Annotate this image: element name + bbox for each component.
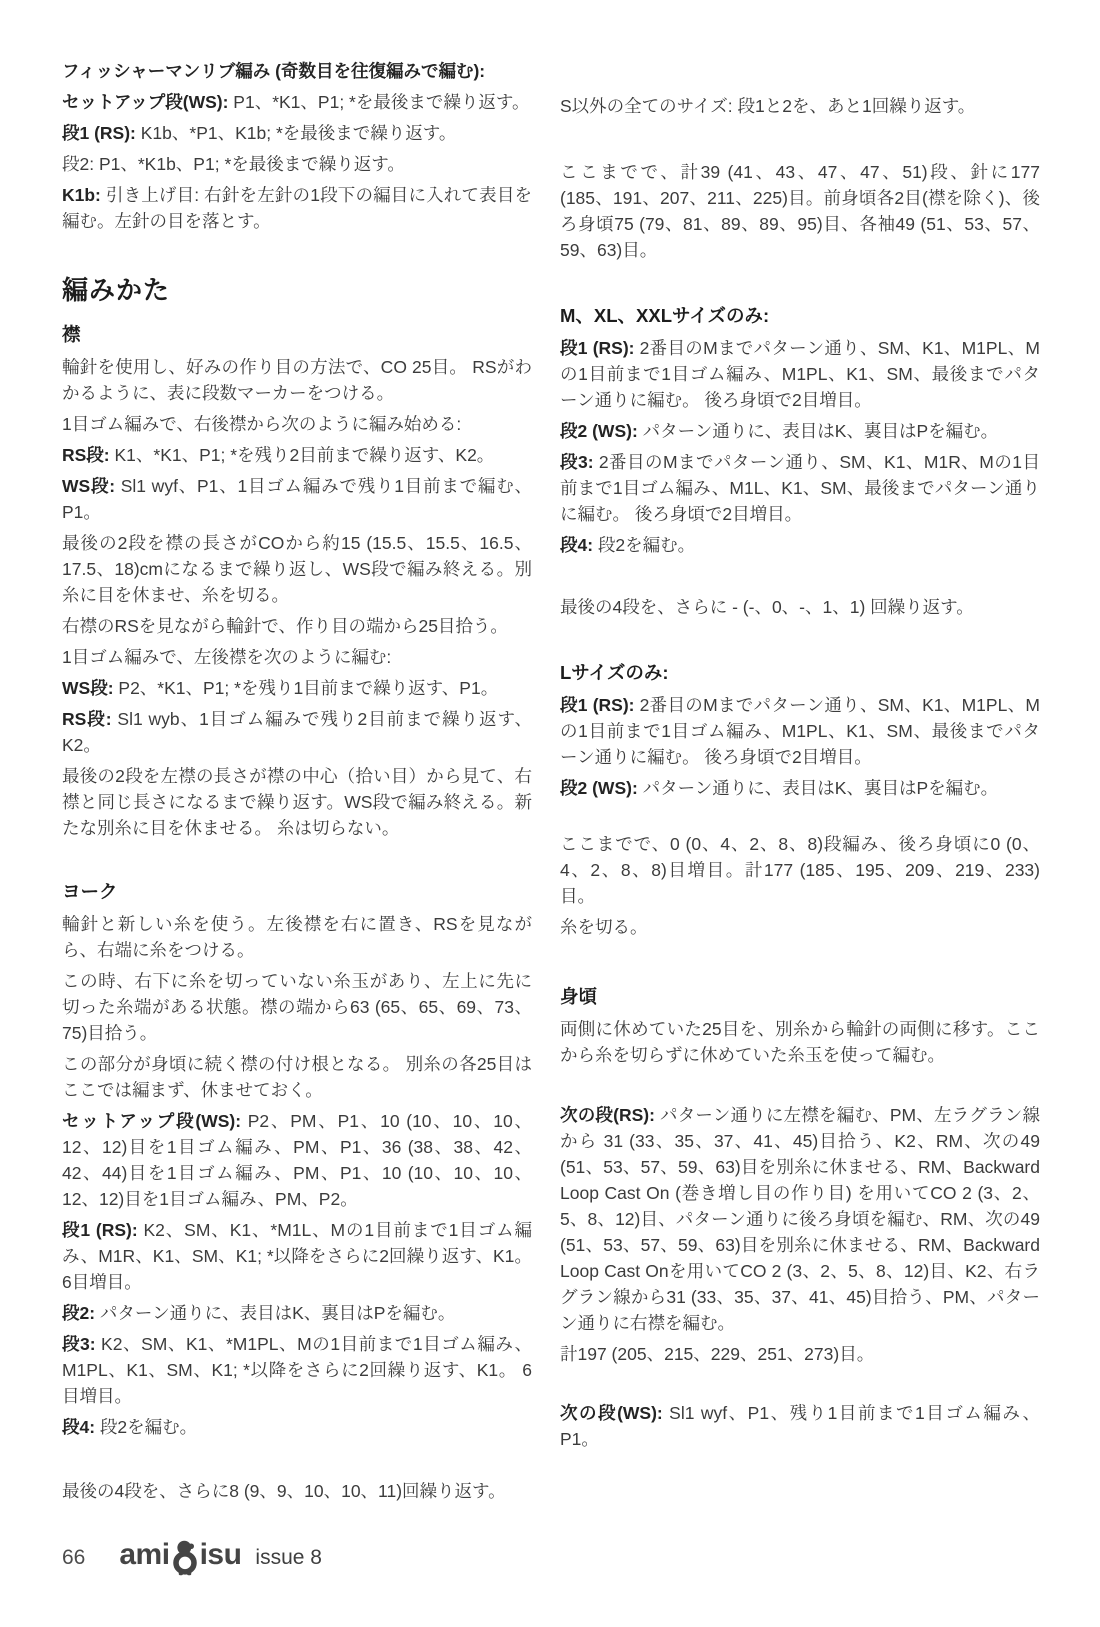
- paragraph: RS段: K1、*K1、P1; *を残り2目前まで繰り返す、K2。: [62, 442, 532, 468]
- l-size-section-title: Lサイズのみ:: [560, 660, 1040, 686]
- paragraph: 段2 (WS): パターン通りに、表目はK、裏目はPを編む。: [560, 775, 1040, 801]
- page-number: 66: [62, 1546, 85, 1570]
- how-to-knit-heading-title: 編みかた: [62, 272, 532, 308]
- how-to-knit-heading: 編みかた: [62, 272, 532, 308]
- paragraph: 次の段(RS): パターン通りに左襟を編む、PM、左ラグラン線から 31 (33…: [560, 1102, 1040, 1336]
- fisherman-rib-stitch: フィッシャーマンリブ編み (奇数目を往復編みで編む):セットアップ段(WS): …: [62, 58, 532, 234]
- paragraph: ここまでで、0 (0、4、2、8、8)段編み、後ろ身頃に0 (0、4、2、8、8…: [560, 831, 1040, 909]
- paragraph: 段1 (RS): 2番目のMまでパターン通り、SM、K1、M1PL、Mの1目前ま…: [560, 692, 1040, 770]
- paragraph: S以外の全てのサイズ: 段1と2を、あと1回繰り返す。: [560, 93, 1040, 119]
- paragraph: 糸を切る。: [560, 914, 1040, 940]
- amirisu-logo: ami isu: [119, 1538, 241, 1572]
- paragraph: 輪針を使用し、好みの作り目の方法で、CO 25目。 RSがわかるように、表に段数…: [62, 354, 532, 406]
- paragraph: 段2 (WS): パターン通りに、表目はK、裏目はPを編む。: [560, 418, 1040, 444]
- paragraph: RS段: Sl1 wyb、1目ゴム編みで残り2目前まで繰り返す、K2。: [62, 706, 532, 758]
- two-column-layout: フィッシャーマンリブ編み (奇数目を往復編みで編む):セットアップ段(WS): …: [0, 0, 1100, 1509]
- paragraph: 右襟のRSを見ながら輪針で、作り目の端から25目拾う。: [62, 613, 532, 639]
- row-label: 段3:: [560, 452, 594, 472]
- pattern-page: フィッシャーマンリブ編み (奇数目を往復編みで編む):セットアップ段(WS): …: [0, 0, 1100, 1627]
- paragraph: セットアップ段(WS): P1、*K1、P1; *を最後まで繰り返す。: [62, 89, 532, 115]
- row-label: 段2:: [62, 1303, 95, 1323]
- row-label: 段2 (WS):: [560, 778, 638, 798]
- page-footer: 66 ami isu issue 8: [62, 1538, 1042, 1572]
- paragraph: ここまでで、計39 (41、43、47、47、51)段、針に177 (185、1…: [560, 159, 1040, 263]
- paragraph: 輪針と新しい糸を使う。左後襟を右に置き、RSを見ながら、右端に糸をつける。: [62, 911, 532, 963]
- logo-text-ami: ami: [119, 1538, 169, 1572]
- left-column: フィッシャーマンリブ編み (奇数目を往復編みで編む):セットアップ段(WS): …: [62, 58, 532, 1509]
- paragraph: 段4: 段2を編む。: [62, 1414, 532, 1440]
- paragraph: WS段: P2、*K1、P1; *を残り1目前まで繰り返す、P1。: [62, 675, 532, 701]
- paragraph: 最後の4段を、さらに - (-、0、-、1、1) 回繰り返す。: [560, 594, 1040, 620]
- paragraph: 段3: K2、SM、K1、*M1PL、Mの1目前まで1目ゴム編み、M1PL、K1…: [62, 1331, 532, 1409]
- paragraph: 段4: 段2を編む。: [560, 532, 1040, 558]
- row-label: RS段:: [62, 445, 110, 465]
- paragraph: 計197 (205、215、229、251、273)目。: [560, 1341, 1040, 1367]
- row-label: 段1 (RS):: [62, 123, 136, 143]
- row-label: セットアップ段(WS):: [62, 1111, 241, 1131]
- row-label: 段1 (RS):: [62, 1220, 138, 1240]
- yoke-section-title: ヨーク: [62, 879, 532, 905]
- paragraph: 最後の4段を、さらに8 (9、9、10、10、11)回繰り返す。: [62, 1478, 532, 1504]
- row-label: 段4:: [560, 535, 593, 555]
- row-label: 次の段(RS):: [560, 1105, 655, 1125]
- paragraph: 段1 (RS): 2番目のMまでパターン通り、SM、K1、M1PL、Mの1目前ま…: [560, 335, 1040, 413]
- next-row-rs: 次の段(RS): パターン通りに左襟を編む、PM、左ラグラン線から 31 (33…: [560, 1102, 1040, 1367]
- paragraph: 段1 (RS): K1b、*P1、K1b; *を最後まで繰り返す。: [62, 120, 532, 146]
- row-label: K1b:: [62, 185, 101, 205]
- row-label: 段2 (WS):: [560, 421, 638, 441]
- row-label: WS段:: [62, 476, 115, 496]
- l-size-section: Lサイズのみ:段1 (RS): 2番目のMまでパターン通り、SM、K1、M1PL…: [560, 660, 1040, 801]
- m-xl-xxl-sizes-section-title: M、XL、XXLサイズのみ:: [560, 303, 1040, 329]
- row-label: 段3:: [62, 1334, 96, 1354]
- paragraph: 次の段(WS): Sl1 wyf、P1、残り1目前まで1目ゴム編み、P1。: [560, 1400, 1040, 1452]
- paragraph: 段1 (RS): K2、SM、K1、*M1L、Mの1目前まで1目ゴム編み、M1R…: [62, 1217, 532, 1295]
- yoke-section: ヨーク輪針と新しい糸を使う。左後襟を右に置き、RSを見ながら、右端に糸をつける。…: [62, 879, 532, 1440]
- row-label: RS段:: [62, 709, 112, 729]
- row-label: WS段:: [62, 678, 114, 698]
- sheep-icon: [171, 1540, 199, 1576]
- paragraph: K1b: 引き上げ目: 右針を左針の1段下の編目に入れて表目を編む。左針の目を落…: [62, 182, 532, 234]
- paragraph: 1目ゴム編みで、左後襟を次のように編む:: [62, 644, 532, 670]
- row-label: 段1 (RS):: [560, 695, 634, 715]
- row-label: 次の段(WS):: [560, 1403, 663, 1423]
- repeat-rows-note: 最後の4段を、さらに - (-、0、-、1、1) 回繰り返す。: [560, 594, 1040, 620]
- paragraph: 段2: パターン通りに、表目はK、裏目はPを編む。: [62, 1300, 532, 1326]
- paragraph: 段3: 2番目のMまでパターン通り、SM、K1、M1R、Mの1目前まで1目ゴム編…: [560, 449, 1040, 527]
- paragraph: セットアップ段(WS): P2、PM、P1、10 (10、10、10、12、12…: [62, 1108, 532, 1212]
- stitch-count-note: ここまでで、計39 (41、43、47、47、51)段、針に177 (185、1…: [560, 159, 1040, 263]
- logo-text-isu: isu: [200, 1538, 242, 1572]
- collar-section-title: 襟: [62, 322, 532, 348]
- next-row-ws: 次の段(WS): Sl1 wyf、P1、残り1目前まで1目ゴム編み、P1。: [560, 1400, 1040, 1452]
- row-label: フィッシャーマンリブ編み (奇数目を往復編みで編む):: [62, 61, 485, 81]
- paragraph: この部分が身頃に続く襟の付け根となる。 別糸の各25目はここでは編まず、休ませて…: [62, 1051, 532, 1103]
- collar-section: 襟輪針を使用し、好みの作り目の方法で、CO 25目。 RSがわかるように、表に段…: [62, 322, 532, 841]
- body-section: 身頃両側に休めていた25目を、別糸から輪針の両側に移す。ここから糸を切らずに休め…: [560, 984, 1040, 1068]
- paragraph: WS段: Sl1 wyf、P1、1目ゴム編みで残り1目前まで編む、P1。: [62, 473, 532, 525]
- all-sizes-except-s-note: S以外の全てのサイズ: 段1と2を、あと1回繰り返す。: [560, 93, 1040, 119]
- stitch-count-note-2: ここまでで、0 (0、4、2、8、8)段編み、後ろ身頃に0 (0、4、2、8、8…: [560, 831, 1040, 940]
- row-label: 段4:: [62, 1417, 95, 1437]
- paragraph: 1目ゴム編みで、右後襟から次のように編み始める:: [62, 411, 532, 437]
- paragraph: フィッシャーマンリブ編み (奇数目を往復編みで編む):: [62, 58, 532, 84]
- paragraph: 段2: P1、*K1b、P1; *を最後まで繰り返す。: [62, 151, 532, 177]
- m-xl-xxl-sizes-section: M、XL、XXLサイズのみ:段1 (RS): 2番目のMまでパターン通り、SM、…: [560, 303, 1040, 558]
- final-repeat-note: 最後の4段を、さらに8 (9、9、10、10、11)回繰り返す。: [62, 1478, 532, 1504]
- paragraph: 両側に休めていた25目を、別糸から輪針の両側に移す。ここから糸を切らずに休めてい…: [560, 1016, 1040, 1068]
- paragraph: 最後の2段を襟の長さがCOから約15 (15.5、15.5、16.5、17.5、…: [62, 530, 532, 608]
- paragraph: 最後の2段を左襟の長さが襟の中心（拾い目）から見て、右襟と同じ長さになるまで繰り…: [62, 763, 532, 841]
- paragraph: この時、右下に糸を切っていない糸玉があり、左上に先に切った糸端がある状態。襟の端…: [62, 968, 532, 1046]
- body-section-title: 身頃: [560, 984, 1040, 1010]
- row-label: 段1 (RS):: [560, 338, 634, 358]
- row-label: セットアップ段(WS):: [62, 92, 228, 112]
- issue-label: issue 8: [255, 1546, 322, 1570]
- right-column: S以外の全てのサイズ: 段1と2を、あと1回繰り返す。ここまでで、計39 (41…: [560, 58, 1040, 1509]
